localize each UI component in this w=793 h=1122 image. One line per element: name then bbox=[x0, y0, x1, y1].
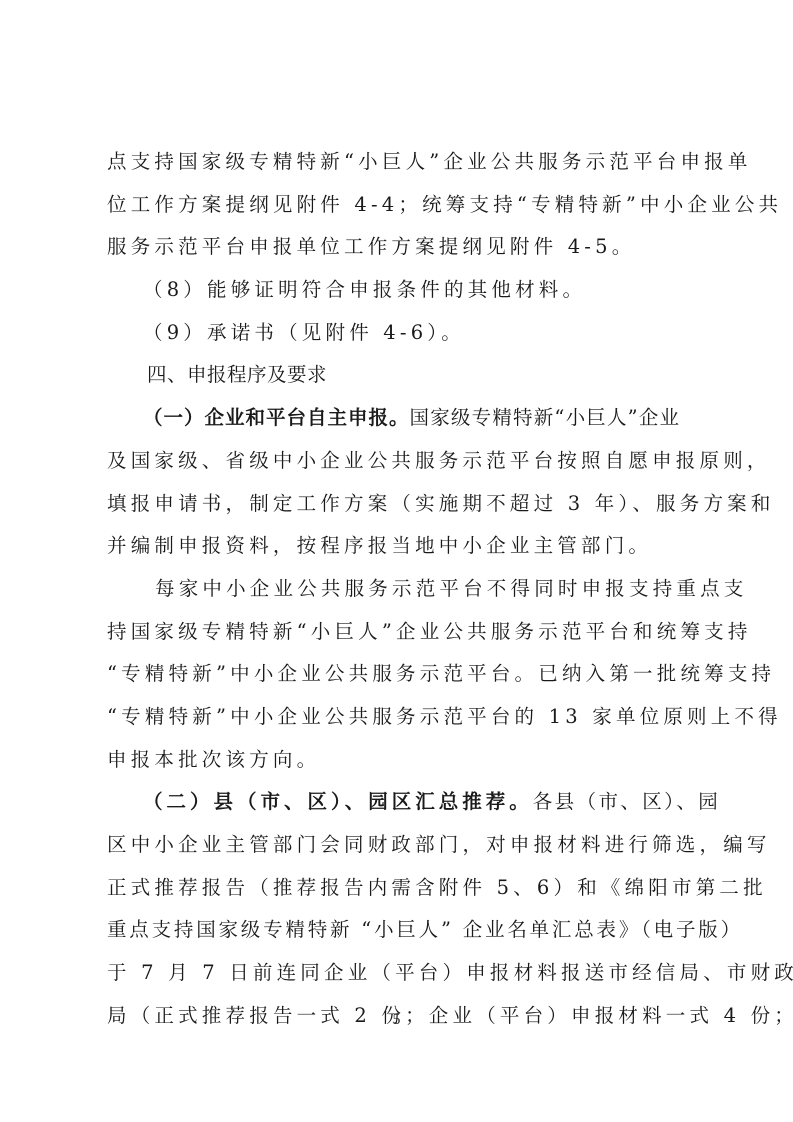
text-line: “专精特新”中小企业公共服务示范平台的 13 家单位原则上不得 bbox=[107, 696, 693, 739]
page-number: 5 bbox=[0, 1011, 793, 1029]
text-line: 每家中小企业公共服务示范平台不得同时申报支持重点支 bbox=[107, 568, 693, 611]
subsection-1-title: （一）企业和平台自主申报。 bbox=[143, 406, 410, 429]
text-line: 并编制申报资料，按程序报当地中小企业主管部门。 bbox=[107, 525, 693, 568]
text-line: 服务示范平台申报单位工作方案提纲见附件 4-5。 bbox=[107, 226, 693, 269]
document-body: 点支持国家级专精特新“小巨人”企业公共服务示范平台申报单 位工作方案提纲见附件 … bbox=[107, 141, 693, 1037]
text-line: 正式推荐报告（推荐报告内需含附件 5、6）和《绵阳市第二批 bbox=[107, 867, 693, 910]
subsection-1-text: 国家级专精特新“小巨人”企业 bbox=[410, 406, 681, 429]
text-line: 点支持国家级专精特新“小巨人”企业公共服务示范平台申报单 bbox=[107, 141, 693, 184]
section-heading: 四、申报程序及要求 bbox=[107, 354, 693, 397]
subsection-2-first-line: （二）县（市、区）、园区汇总推荐。各县（市、区）、园 bbox=[107, 781, 693, 824]
text-line: 填报申请书，制定工作方案（实施期不超过 3 年）、服务方案和 bbox=[107, 483, 693, 526]
list-item-9: （9）承诺书（见附件 4-6）。 bbox=[107, 312, 693, 355]
subsection-2-title: （二）县（市、区）、园区汇总推荐。 bbox=[143, 790, 533, 813]
text-line: 位工作方案提纲见附件 4-4；统筹支持“专精特新”中小企业公共 bbox=[107, 184, 693, 227]
text-line: 申报本批次该方向。 bbox=[107, 739, 693, 782]
text-line: 持国家级专精特新“小巨人”企业公共服务示范平台和统筹支持 bbox=[107, 611, 693, 654]
text-line: 于 7 月 7 日前连同企业（平台）申报材料报送市经信局、市财政 bbox=[107, 952, 693, 995]
subsection-1-first-line: （一）企业和平台自主申报。国家级专精特新“小巨人”企业 bbox=[107, 397, 693, 440]
text-line: 区中小企业主管部门会同财政部门，对申报材料进行筛选，编写 bbox=[107, 824, 693, 867]
text-line: 及国家级、省级中小企业公共服务示范平台按照自愿申报原则， bbox=[107, 440, 693, 483]
subsection-2-text: 各县（市、区）、园 bbox=[533, 790, 720, 813]
list-item-8: （8）能够证明符合申报条件的其他材料。 bbox=[107, 269, 693, 312]
text-line: “专精特新”中小企业公共服务示范平台。已纳入第一批统筹支持 bbox=[107, 653, 693, 696]
text-line: 重点支持国家级专精特新 “小巨人” 企业名单汇总表》（电子版） bbox=[107, 909, 693, 952]
